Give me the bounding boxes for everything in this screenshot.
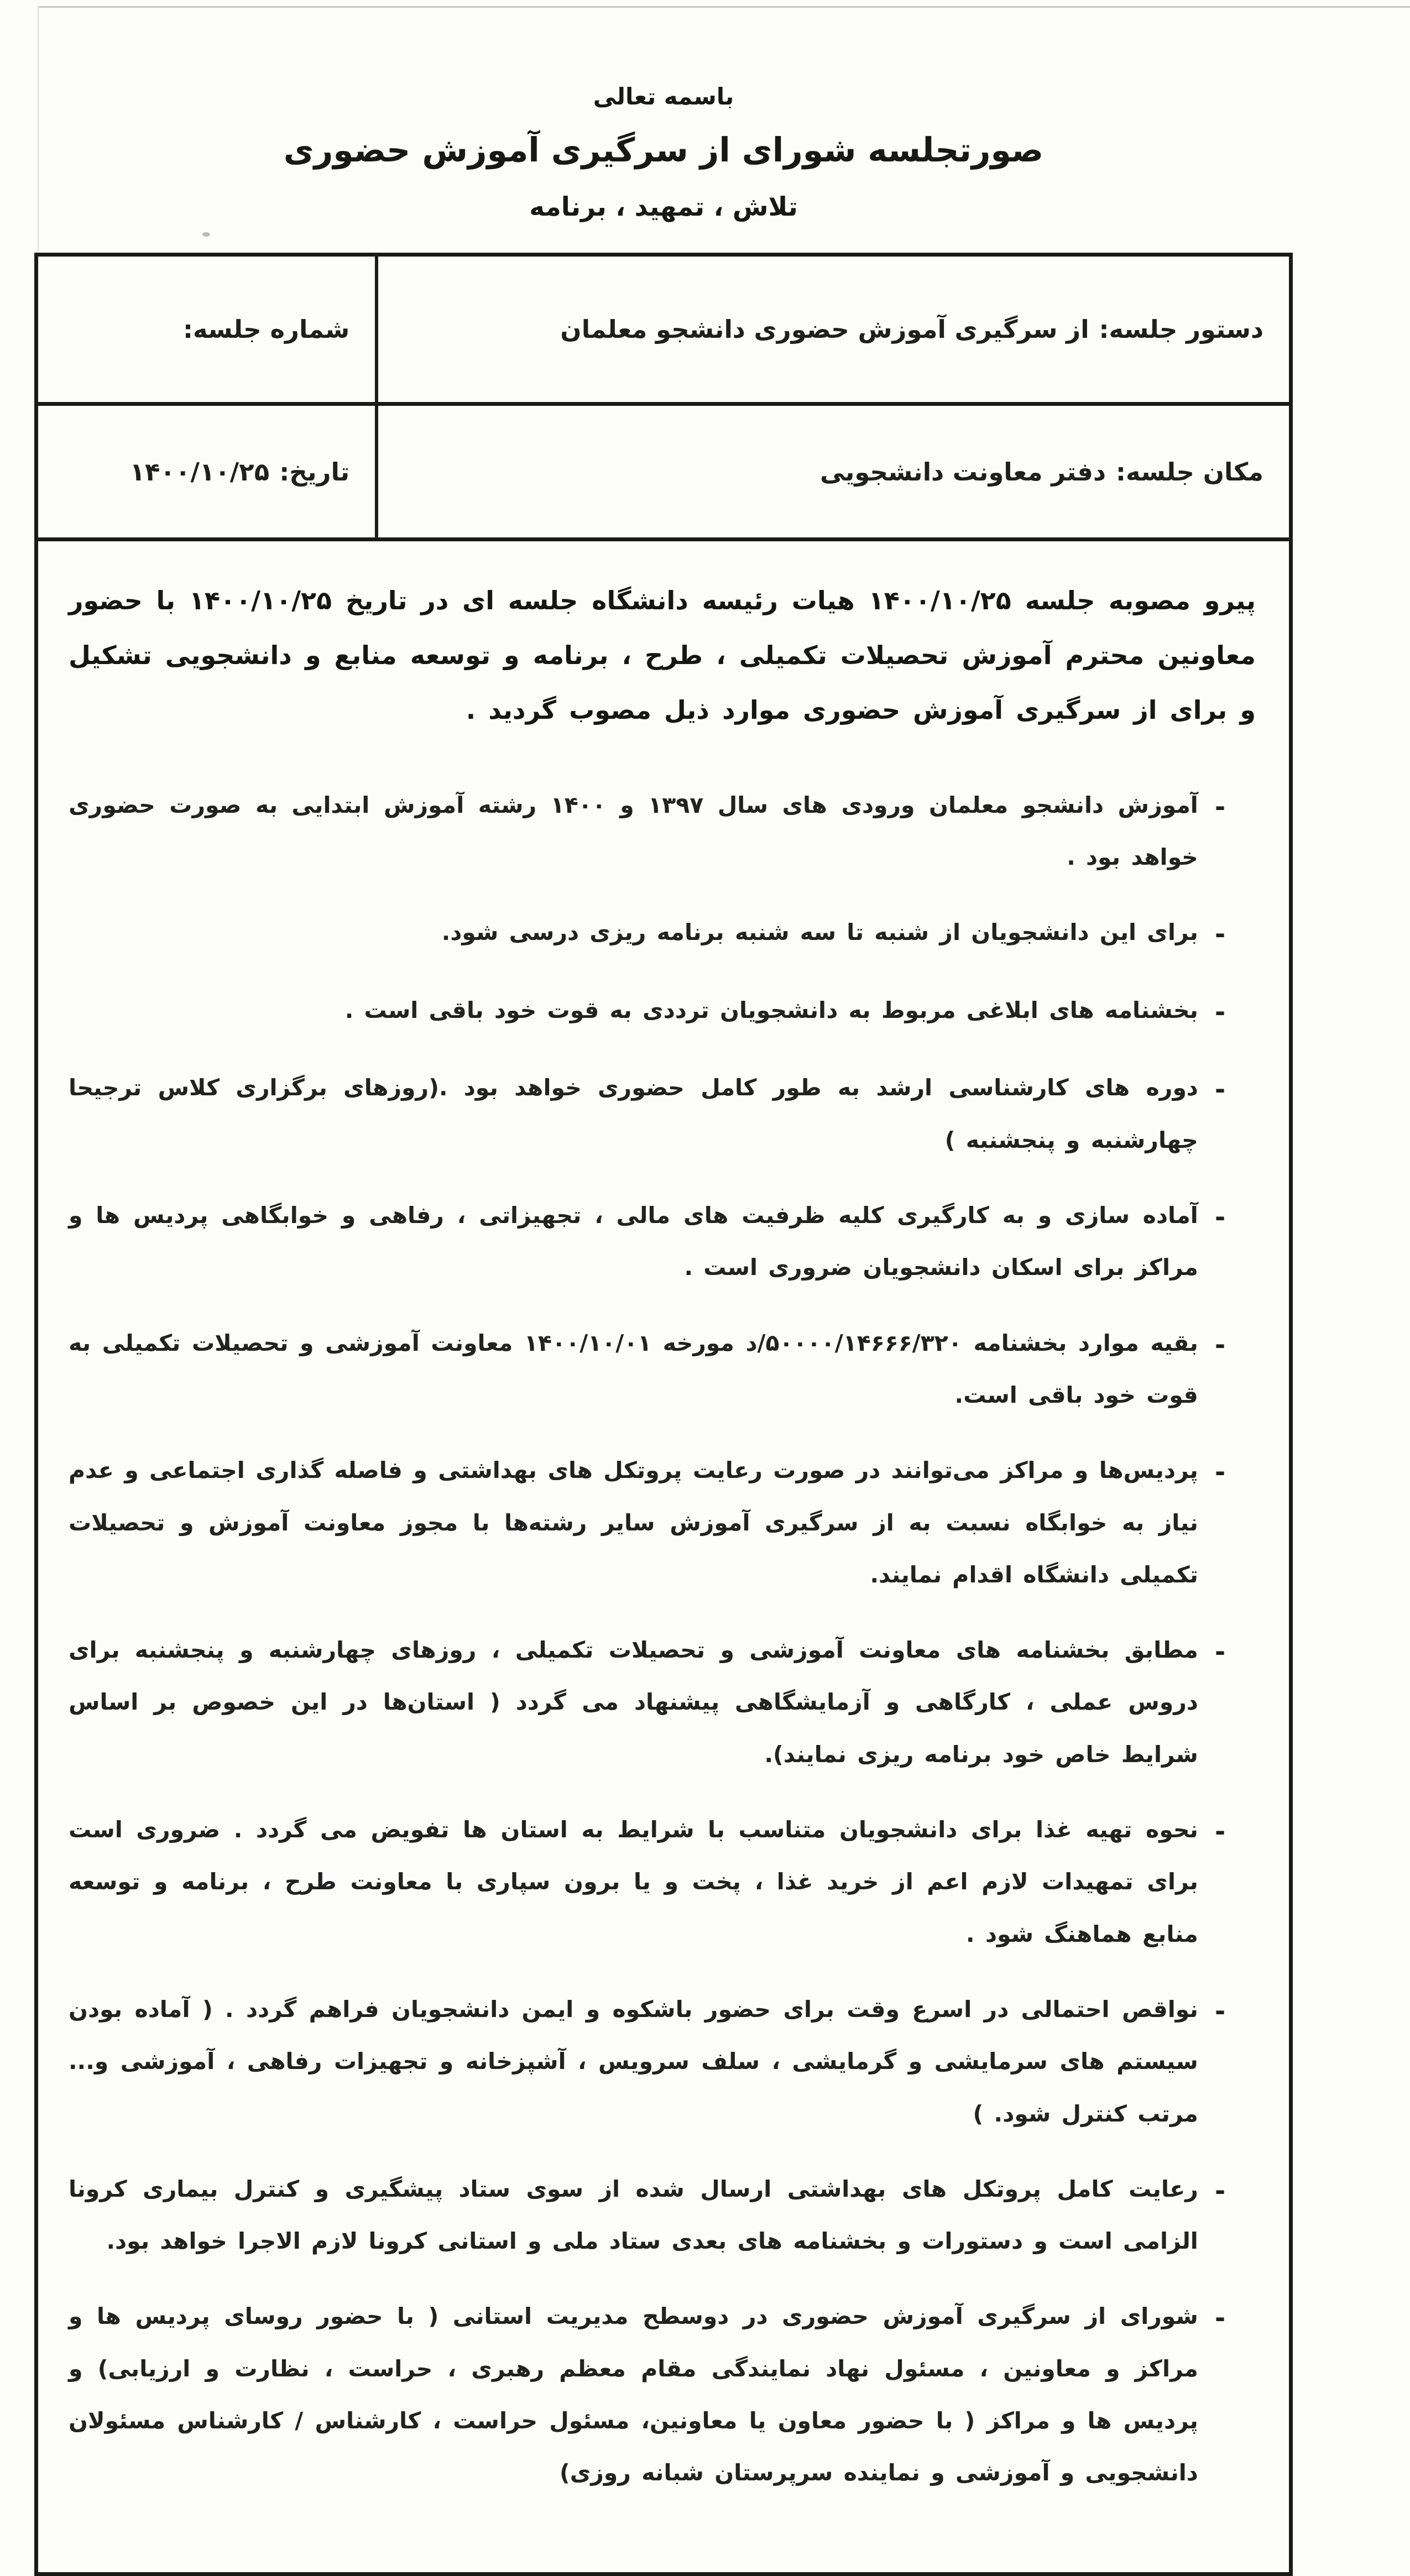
dash-bullet: - xyxy=(1215,1804,1225,1858)
location-value: دفتر معاونت دانشجویی xyxy=(820,457,1106,487)
dash-bullet: - xyxy=(1215,2290,1225,2345)
document-content: باسمه تعالی صورتجلسه شورای از سرگیری آمو… xyxy=(34,83,1293,2576)
resolution-text: رعایت کامل پروتکل های بهداشتی ارسال شده … xyxy=(69,2163,1198,2267)
dash-bullet: - xyxy=(1215,1444,1225,1499)
bismillah-line: باسمه تعالی xyxy=(34,83,1293,110)
resolution-text: بقیه موارد بخشنامه ۵۰۰۰۰/۱۴۶۶۶/۳۲۰/د مور… xyxy=(69,1317,1198,1422)
date-label: تاریخ: xyxy=(279,457,349,487)
list-item: - دوره های کارشناسی ارشد به طور کامل حضو… xyxy=(69,1062,1225,1166)
resolution-text: نحوه تهیه غذا برای دانشجویان متناسب با ش… xyxy=(69,1804,1198,1960)
list-item: - مطابق بخشنامه های معاونت آموزشی و تحصی… xyxy=(69,1624,1225,1780)
page-subtitle: تلاش ، تمهید ، برنامه xyxy=(34,192,1293,222)
location-label: مکان جلسه: xyxy=(1116,457,1263,487)
resolution-text: بخشنامه های ابلاغی مربوط به دانشجویان تر… xyxy=(69,984,1198,1036)
dash-bullet: - xyxy=(1215,1624,1225,1679)
list-item: - بخشنامه های ابلاغی مربوط به دانشجویان … xyxy=(69,984,1225,1039)
dash-bullet: - xyxy=(1215,1317,1225,1372)
dash-bullet: - xyxy=(1215,984,1225,1039)
scan-line-artifact xyxy=(39,6,1410,8)
resolution-text: مطابق بخشنامه های معاونت آموزشی و تحصیلا… xyxy=(69,1624,1198,1780)
list-item: - شورای از سرگیری آموزش حضوری در دوسطح م… xyxy=(69,2290,1225,2499)
list-item: - بقیه موارد بخشنامه ۵۰۰۰۰/۱۴۶۶۶/۳۲۰/د م… xyxy=(69,1317,1225,1422)
list-item: - آماده سازی و به کارگیری کلیه ظرفیت های… xyxy=(69,1189,1225,1294)
agenda-label: دستور جلسه: xyxy=(1099,315,1263,344)
dash-bullet: - xyxy=(1215,1189,1225,1244)
dash-bullet: - xyxy=(1215,1062,1225,1116)
scan-edge-artifact xyxy=(0,0,33,2576)
resolution-text: آموزش دانشجو معلمان ورودی های سال ۱۳۹۷ و… xyxy=(69,779,1198,884)
resolution-text: دوره های کارشناسی ارشد به طور کامل حضوری… xyxy=(69,1062,1198,1166)
date-cell: تاریخ: ۱۴۰۰/۱۰/۲۵ xyxy=(38,406,378,537)
resolution-text: پردیس‌ها و مراکز می‌توانند در صورت رعایت… xyxy=(69,1444,1198,1601)
dash-bullet: - xyxy=(1215,1983,1225,2038)
agenda-value: از سرگیری آموزش حضوری دانشجو معلمان xyxy=(560,315,1089,344)
resolution-text: آماده سازی و به کارگیری کلیه ظرفیت های م… xyxy=(69,1189,1198,1294)
list-item: - برای این دانشجویان از شنبه تا سه شنبه … xyxy=(69,906,1225,961)
resolution-text: برای این دانشجویان از شنبه تا سه شنبه بر… xyxy=(69,906,1198,958)
dash-bullet: - xyxy=(1215,2163,1225,2218)
date-value: ۱۴۰۰/۱۰/۲۵ xyxy=(130,457,270,487)
resolution-text: شورای از سرگیری آموزش حضوری در دوسطح مدی… xyxy=(69,2290,1198,2499)
resolution-text: نواقص احتمالی در اسرع وقت برای حضور باشک… xyxy=(69,1983,1198,2140)
resolutions-list: - آموزش دانشجو معلمان ورودی های سال ۱۳۹۷… xyxy=(69,779,1256,2499)
agenda-cell: دستور جلسه: از سرگیری آموزش حضوری دانشجو… xyxy=(378,257,1289,406)
location-cell: مکان جلسه: دفتر معاونت دانشجویی xyxy=(378,406,1289,537)
dash-bullet: - xyxy=(1215,906,1225,961)
scanned-page: باسمه تعالی صورتجلسه شورای از سرگیری آمو… xyxy=(0,0,1410,2576)
list-item: - نحوه تهیه غذا برای دانشجویان متناسب با… xyxy=(69,1804,1225,1960)
intro-paragraph: پیرو مصوبه جلسه ۱۴۰۰/۱۰/۲۵ هیات رئیسه دا… xyxy=(69,573,1256,738)
list-item: - رعایت کامل پروتکل های بهداشتی ارسال شد… xyxy=(69,2163,1225,2267)
dash-bullet: - xyxy=(1215,779,1225,834)
list-item: - آموزش دانشجو معلمان ورودی های سال ۱۳۹۷… xyxy=(69,779,1225,884)
meeting-meta-table: دستور جلسه: از سرگیری آموزش حضوری دانشجو… xyxy=(34,253,1293,541)
resolutions-box: پیرو مصوبه جلسه ۱۴۰۰/۱۰/۲۵ هیات رئیسه دا… xyxy=(34,541,1293,2576)
meeting-number-cell: شماره جلسه: xyxy=(38,257,378,406)
list-item: - پردیس‌ها و مراکز می‌توانند در صورت رعا… xyxy=(69,1444,1225,1601)
document-header: باسمه تعالی صورتجلسه شورای از سرگیری آمو… xyxy=(34,83,1293,222)
list-item: - نواقص احتمالی در اسرع وقت برای حضور با… xyxy=(69,1983,1225,2140)
page-title: صورتجلسه شورای از سرگیری آموزش حضوری xyxy=(34,131,1293,170)
meeting-number-label: شماره جلسه: xyxy=(183,315,349,344)
